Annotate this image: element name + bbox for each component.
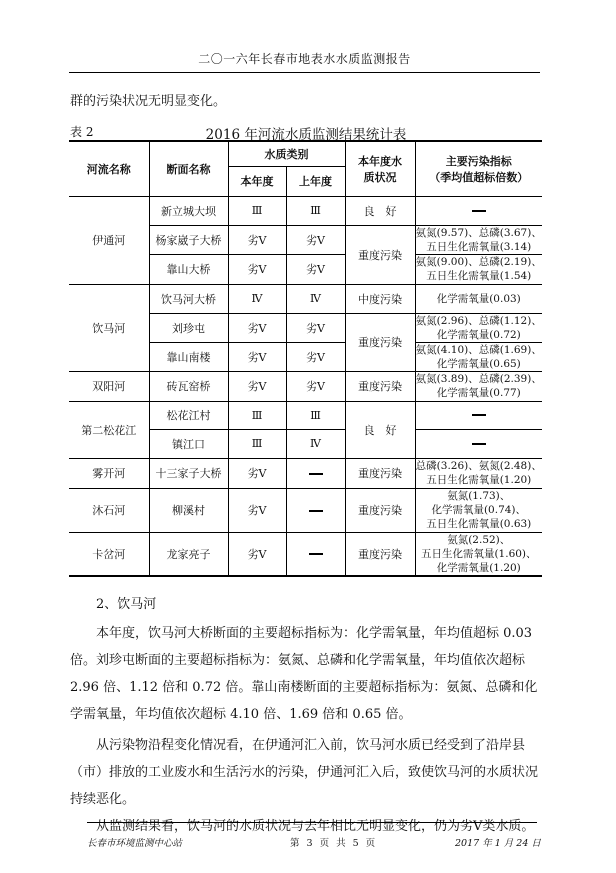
river-name: 沐石河 [69,488,149,532]
last-year-class [286,488,345,532]
header-last-year: 上年度 [286,166,345,196]
section-name: 龙家亮子 [149,532,228,576]
section-name: 杨家崴子大桥 [149,225,228,254]
last-year-class: 劣Ⅴ [286,313,345,342]
status: 重度污染 [345,458,415,488]
page-header: 二〇一六年长春市地表水水质监测报告 [69,50,540,67]
indicators: 氨氮(4.10)、总磷(1.69)、 化学需氧量(0.65) [415,342,542,371]
indicator-line: 总磷(3.26)、氨氮(2.48)、 [416,459,543,473]
this-year-class: Ⅲ [228,429,286,458]
indicators: 氨氮(2.52)、 五日生化需氧量(1.60)、 化学需氧量(1.20) [415,532,542,576]
this-year-class: Ⅲ [228,196,286,225]
status: 重度污染 [345,225,415,284]
indicators [415,196,542,225]
indicator-line: 五日生化需氧量(1.54) [416,269,543,283]
river-name: 双阳河 [69,371,149,401]
last-year-class: Ⅳ [286,429,345,458]
table-caption: 表 2 2016 年河流水质监测结果统计表 [70,123,542,139]
section-name: 靠山大桥 [149,254,228,284]
indicator-line: 氨氮(4.10)、总磷(1.69)、 [416,343,543,357]
last-year-class: 劣Ⅴ [286,371,345,401]
header-indicators-line1: 主要污染指标 [416,153,543,169]
last-year-class: Ⅳ [286,284,345,313]
header-indicators: 主要污染指标 （季均值超标倍数） [415,141,542,196]
indicator-line: 化学需氧量(0.72) [416,328,543,342]
table-row: 卡岔河 龙家亮子 劣Ⅴ 重度污染 氨氮(2.52)、 五日生化需氧量(1.60)… [69,532,542,576]
indicators [415,429,542,458]
indicator-line: 化学需氧量(0.77) [416,386,543,400]
section-name: 镇江口 [149,429,228,458]
footer-page-info: 第 3 页 共 5 页 [290,835,377,849]
river-name: 雾开河 [69,458,149,488]
continued-paragraph: 群的污染状况无明显变化。 [70,90,226,109]
table-row: 第二松花江 松花江村 Ⅲ Ⅲ 良 好 [69,401,542,429]
this-year-class: 劣Ⅴ [228,225,286,254]
dash-icon [472,414,486,416]
this-year-class: Ⅳ [228,284,286,313]
dash-icon [309,473,323,475]
header-status: 本年度水 质状况 [345,141,415,196]
this-year-class: 劣Ⅴ [228,313,286,342]
header-river: 河流名称 [69,141,149,196]
water-quality-table: 河流名称 断面名称 水质类别 本年度水 质状况 主要污染指标 （季均值超标倍数）… [69,140,542,577]
river-name: 第二松花江 [69,401,149,458]
indicator-line: 氨氮(9.00)、总磷(2.19)、 [416,255,543,269]
indicators: 氨氮(2.96)、总磷(1.12)、 化学需氧量(0.72) [415,313,542,342]
indicators: 总磷(3.26)、氨氮(2.48)、 五日生化需氧量(1.20) [415,458,542,488]
section-name: 饮马河大桥 [149,284,228,313]
status: 重度污染 [345,371,415,401]
header-status-line1: 本年度水 [346,153,415,169]
river-name: 伊通河 [69,196,149,284]
this-year-class: 劣Ⅴ [228,458,286,488]
table-row: 沐石河 柳溪村 劣Ⅴ 重度污染 氨氮(1.73)、 化学需氧量(0.74)、 五… [69,488,542,532]
paragraph: 本年度，饮马河大桥断面的主要超标指标为：化学需氧量，年均值超标 0.03 倍。刘… [70,620,546,728]
status: 良 好 [345,196,415,225]
indicator-line: 化学需氧量(1.20) [416,561,543,575]
this-year-class: Ⅲ [228,401,286,429]
this-year-class: 劣Ⅴ [228,488,286,532]
river-name: 饮马河 [69,284,149,371]
section-name: 靠山南楼 [149,342,228,371]
status: 重度污染 [345,313,415,371]
table-row: 饮马河 饮马河大桥 Ⅳ Ⅳ 中度污染 化学需氧量(0.03) [69,284,542,313]
section-name: 十三家子大桥 [149,458,228,488]
indicator-line: 化学需氧量(0.65) [416,357,543,371]
this-year-class: 劣Ⅴ [228,254,286,284]
last-year-class: Ⅲ [286,401,345,429]
section-name: 松花江村 [149,401,228,429]
dash-icon [472,443,486,445]
dash-icon [472,210,486,212]
header-indicators-line2: （季均值超标倍数） [416,169,543,185]
indicator-line: 氨氮(1.73)、 [416,489,543,503]
header-status-line2: 质状况 [346,169,415,185]
indicators: 氨氮(3.89)、总磷(2.39)、 化学需氧量(0.77) [415,371,542,401]
indicator-line: 化学需氧量(0.74)、 [416,503,543,517]
river-name: 卡岔河 [69,532,149,576]
indicators: 氨氮(9.57)、总磷(3.67)、 五日生化需氧量(3.14) [415,225,542,254]
section-name: 刘珍屯 [149,313,228,342]
header-category: 水质类别 [228,141,345,166]
status: 重度污染 [345,488,415,532]
dash-icon [309,510,323,512]
footer-date: 2017 年 1 月 24 日 [455,835,541,849]
header-this-year: 本年度 [228,166,286,196]
section-name: 柳溪村 [149,488,228,532]
section-heading: 2、饮马河 [96,593,156,612]
last-year-class [286,458,345,488]
status: 良 好 [345,401,415,458]
last-year-class: 劣Ⅴ [286,254,345,284]
indicator-line: 五日生化需氧量(1.20) [416,473,543,487]
indicators: 化学需氧量(0.03) [415,284,542,313]
header-rule [69,72,540,73]
indicator-line: 五日生化需氧量(0.63) [416,517,543,531]
indicator-line: 氨氮(2.52)、 [416,533,543,547]
table-row: 雾开河 十三家子大桥 劣Ⅴ 重度污染 总磷(3.26)、氨氮(2.48)、 五日… [69,458,542,488]
last-year-class: 劣Ⅴ [286,342,345,371]
last-year-class: Ⅲ [286,196,345,225]
this-year-class: 劣Ⅴ [228,342,286,371]
header-section: 断面名称 [149,141,228,196]
section-name: 新立城大坝 [149,196,228,225]
indicators: 氨氮(1.73)、 化学需氧量(0.74)、 五日生化需氧量(0.63) [415,488,542,532]
table-row: 双阳河 砖瓦窑桥 劣Ⅴ 劣Ⅴ 重度污染 氨氮(3.89)、总磷(2.39)、 化… [69,371,542,401]
paragraph: 从污染物沿程变化情况看，在伊通河汇入前，饮马河水质已经受到了沿岸县（市）排放的工… [70,732,546,813]
indicator-line: 氨氮(3.89)、总磷(2.39)、 [416,372,543,386]
indicator-line: 五日生化需氧量(3.14) [416,240,543,254]
table-row: 伊通河 新立城大坝 Ⅲ Ⅲ 良 好 [69,196,542,225]
status: 中度污染 [345,284,415,313]
last-year-class: 劣Ⅴ [286,225,345,254]
this-year-class: 劣Ⅴ [228,532,286,576]
indicator-line: 化学需氧量(0.03) [416,292,543,306]
indicator-line: 氨氮(2.96)、总磷(1.12)、 [416,314,543,328]
section-name: 砖瓦窑桥 [149,371,228,401]
footer-rule [87,822,537,823]
indicator-line: 氨氮(9.57)、总磷(3.67)、 [416,226,543,240]
indicators [415,401,542,429]
dash-icon [309,553,323,555]
this-year-class: 劣Ⅴ [228,371,286,401]
indicator-line: 五日生化需氧量(1.60)、 [416,547,543,561]
section-body: 本年度，饮马河大桥断面的主要超标指标为：化学需氧量，年均值超标 0.03 倍。刘… [70,620,546,840]
last-year-class [286,532,345,576]
indicators: 氨氮(9.00)、总磷(2.19)、 五日生化需氧量(1.54) [415,254,542,284]
status: 重度污染 [345,532,415,576]
footer-organization: 长春市环境监测中心站 [87,835,182,849]
